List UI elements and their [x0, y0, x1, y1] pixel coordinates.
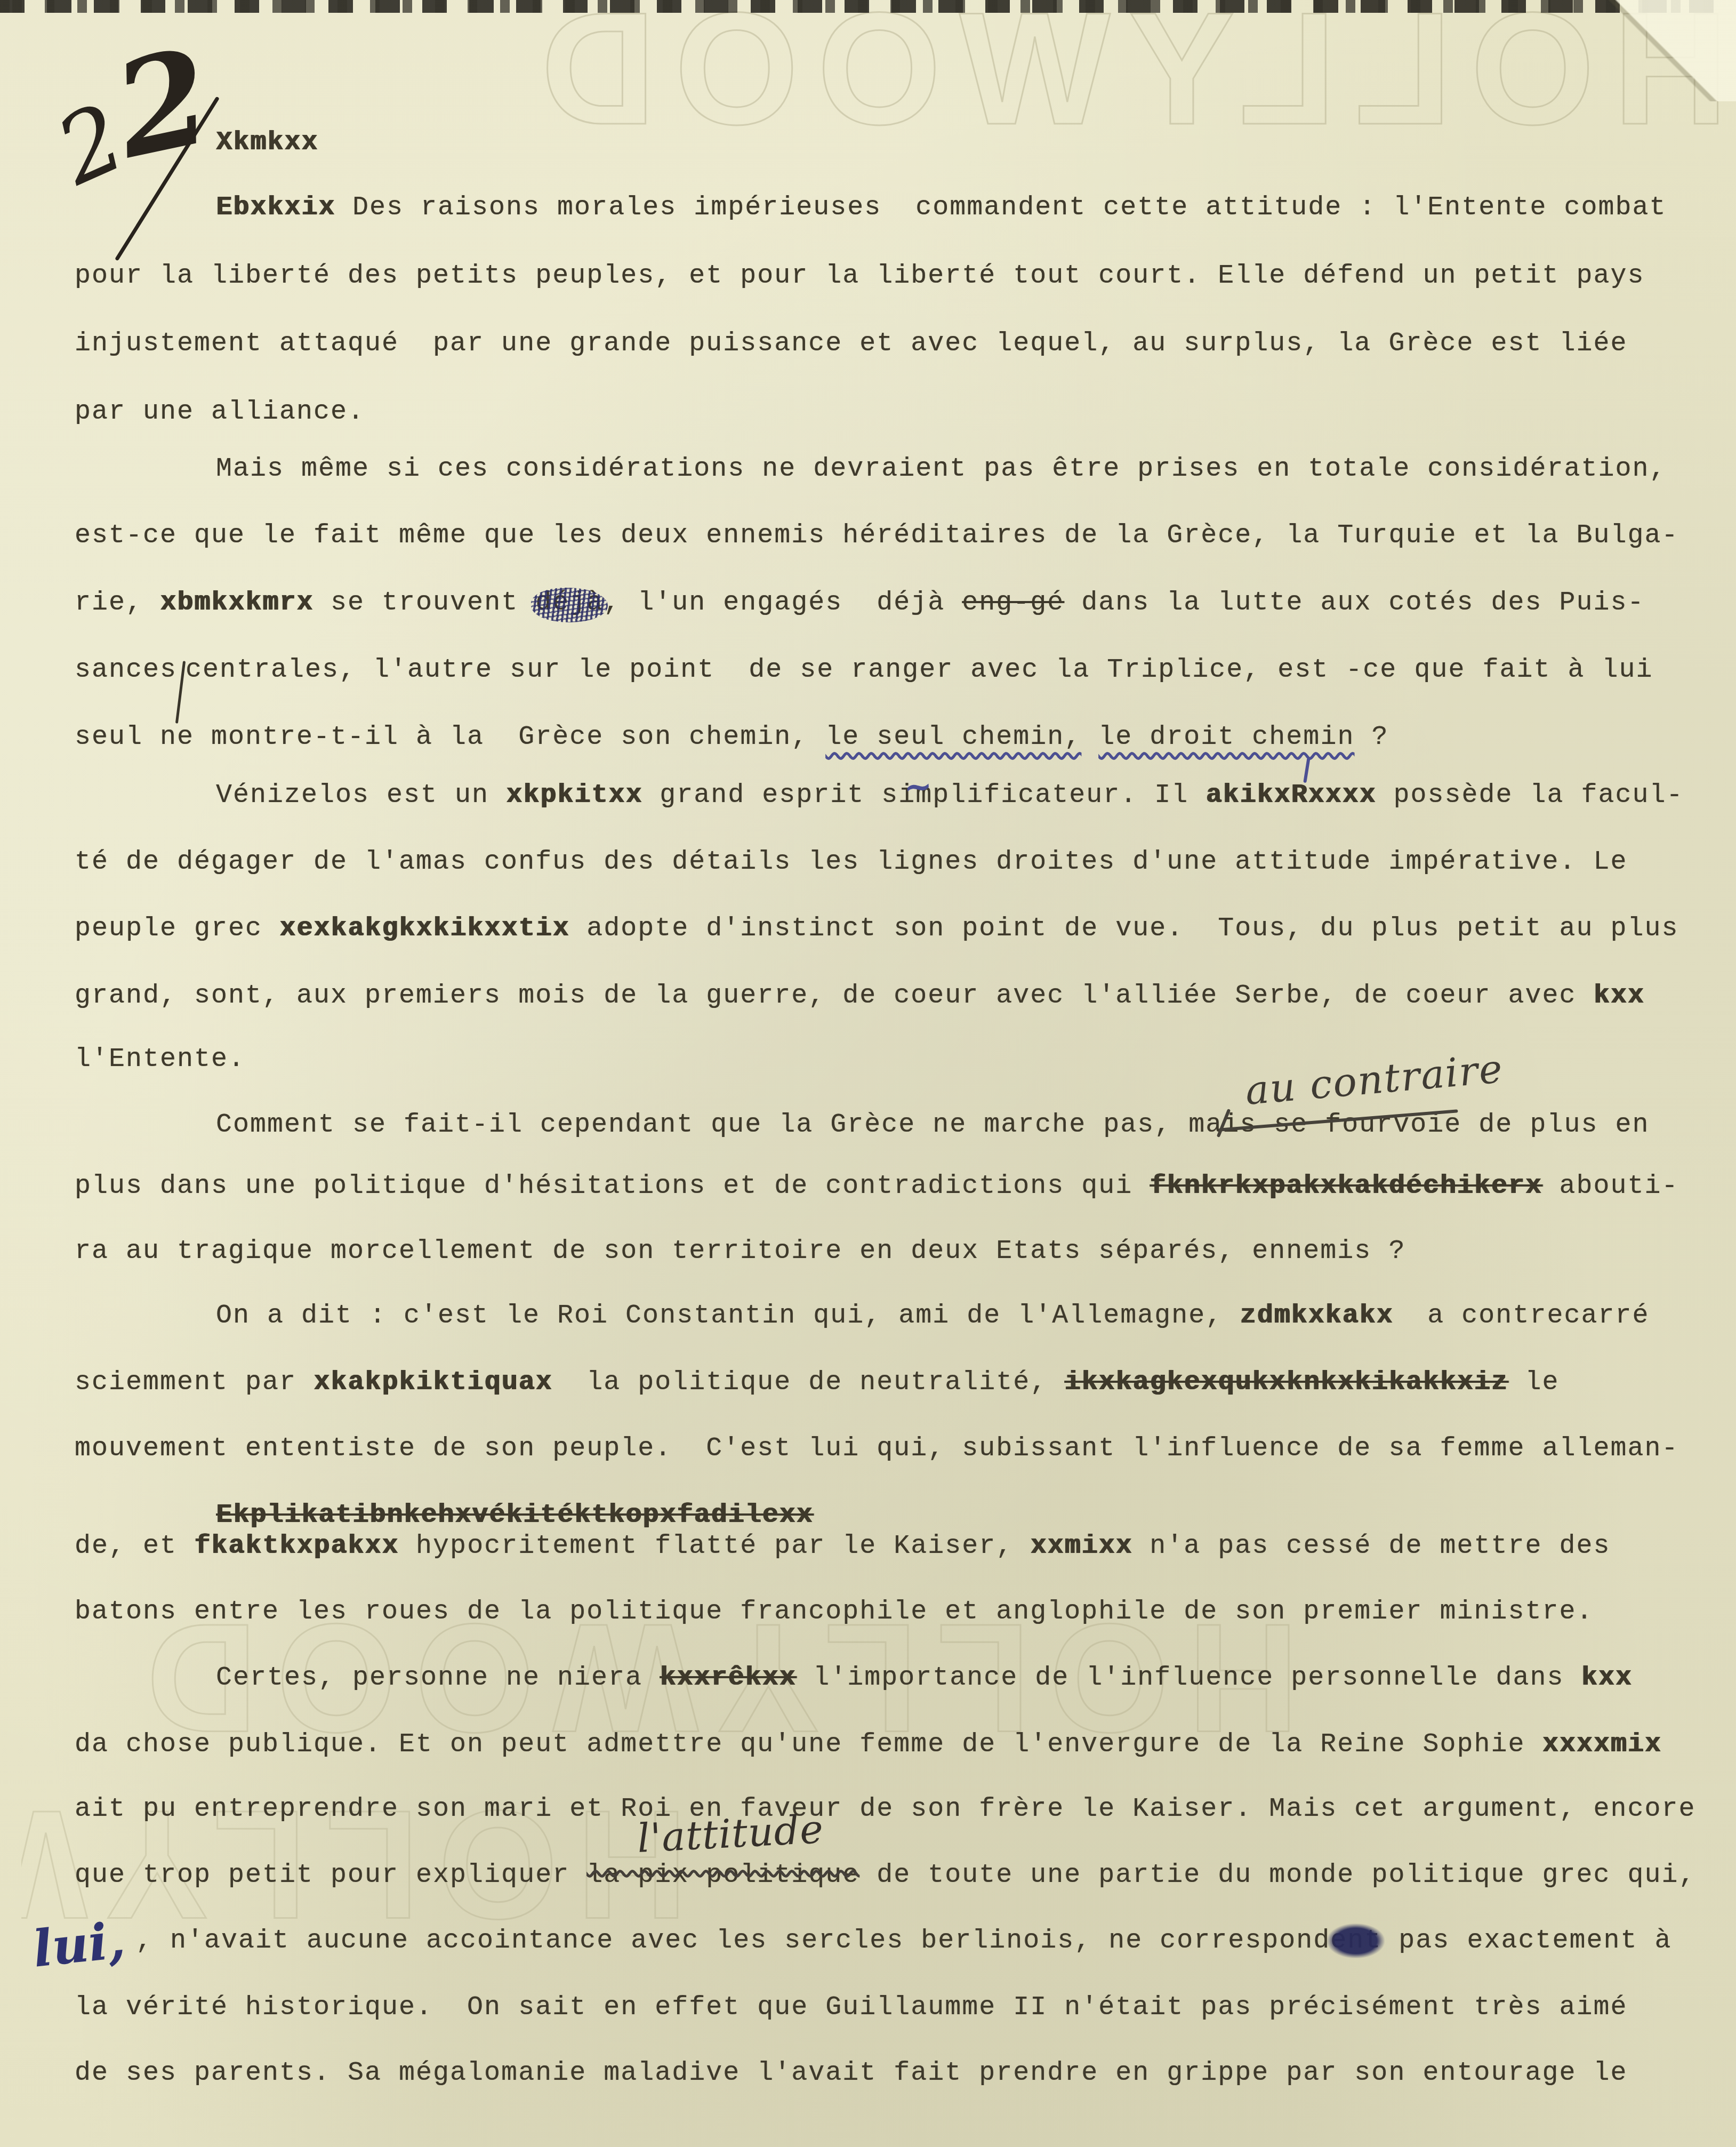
typed-text: centrales, l'autre sur le point de se ra…	[186, 655, 1653, 685]
typed-text: sances	[75, 655, 177, 685]
typed-text: de ses parents. Sa mégalomanie maladive …	[75, 2058, 1627, 2088]
typed-text: batons entre les roues de la politique f…	[75, 1597, 1593, 1627]
typed-text: peuple grec	[75, 914, 279, 944]
typed-line-9: sancescentrales, l'autre sur le point de…	[75, 657, 1653, 684]
typed-line-20: sciemment par xkakpkiktiquax la politiqu…	[75, 1369, 1559, 1396]
typed-text-ink: déjà	[535, 588, 604, 618]
typed-line-21: mouvement ententiste de son peuple. C'es…	[75, 1436, 1678, 1462]
typed-text: grand, sont, aux premiers mois de la gue…	[75, 981, 1593, 1011]
typed-line-19: On a dit : c'est le Roi Constantin qui, …	[216, 1303, 1649, 1329]
typed-text: seul ne montre-t-il à la Grèce son chemi…	[75, 722, 825, 752]
typed-line-30: la vérité historique. On sait en effet q…	[75, 1994, 1627, 2021]
handwritten-page-number: 2 2	[56, 21, 237, 203]
typed-text: la politique de neutralité,	[552, 1367, 1064, 1398]
typed-line-8: rie, xbmkxkmrx se trouvent déjà, l'un en…	[75, 590, 1645, 616]
typed-text: Des raisons morales impérieuses commande…	[335, 193, 1666, 223]
typed-text: pas exactement à	[1381, 1926, 1671, 1956]
typed-text: a contrecarré	[1393, 1301, 1649, 1331]
typed-text-x: zdmkxkakx	[1240, 1301, 1393, 1331]
typed-line-25: Certes, personne ne niera kxxrêkxx l'imp…	[216, 1665, 1632, 1692]
typed-line-28: que trop petit pour expliquer la pix pol…	[75, 1862, 1695, 1889]
typed-text-blob: ent	[1330, 1926, 1381, 1956]
typed-text: que trop petit pour expliquer	[75, 1860, 586, 1890]
typed-line-24: batons entre les roues de la politique f…	[75, 1599, 1593, 1625]
typed-text: pour la liberté des petits peuples, et p…	[75, 261, 1644, 291]
typed-text: té de dégager de l'amas confus des détai…	[75, 847, 1627, 877]
handwritten-insertion-au-contraire: au contraire	[1243, 1046, 1505, 1114]
typed-text: plus dans une politique d'hésitations et…	[75, 1171, 1150, 1201]
handwritten-replacement-l-attitude: l'attitude	[636, 1806, 825, 1862]
typed-text-wave: la pix politique	[586, 1860, 859, 1890]
typed-line-4: injustement attaqué par une grande puiss…	[75, 331, 1627, 357]
typed-line-12: té de dégager de l'amas confus des détai…	[75, 849, 1627, 876]
typed-line-27: ait pu entreprendre son mari et Roi en f…	[75, 1796, 1695, 1823]
handwritten-margin-word-lui: lui,	[30, 1911, 128, 1978]
watermark-hollywood-top: HOLLYWOOD	[523, 0, 1729, 161]
typed-text-x: xkakpkiktiquax	[314, 1367, 552, 1398]
typed-text-s: eng-gé	[962, 588, 1064, 618]
typed-text: la vérité historique. On sait en effet q…	[75, 1992, 1627, 2023]
typed-line-7: est-ce que le fait même que les deux enn…	[75, 523, 1678, 549]
typed-text-x: xxmixx	[1030, 1531, 1132, 1561]
typed-text-xs: Ekplikatibnkehxvékitéktkopxfadilexx	[216, 1500, 813, 1531]
typed-text-x: kxx	[1581, 1663, 1632, 1693]
typed-text: sciemment par	[75, 1367, 314, 1398]
typed-text: ait pu entreprendre son mari et Roi en f…	[75, 1794, 1695, 1824]
typed-text: Mais même si ces considérations ne devra…	[216, 454, 1666, 484]
typed-text: hypocritement flatté par le Kaiser,	[399, 1531, 1030, 1561]
typed-line-17: plus dans une politique d'hésitations et…	[75, 1173, 1678, 1200]
typed-text: da chose publique. Et on peut admettre q…	[75, 1729, 1542, 1760]
typed-line-18: ra au tragique morcellement de son terri…	[75, 1238, 1405, 1265]
scan-torn-edge	[0, 0, 1736, 13]
typed-text: le	[1508, 1367, 1559, 1398]
typed-line-22: Ekplikatibnkehxvékitéktkopxfadilexx	[216, 1502, 813, 1529]
typed-text: se trouvent	[314, 588, 535, 618]
typed-line-10: seul ne montre-t-il à la Grèce son chemi…	[75, 724, 1388, 751]
typed-text: l'Entente.	[75, 1044, 245, 1075]
typed-line-15: l'Entente.	[75, 1046, 245, 1073]
typed-text-x: xxxxmix	[1542, 1729, 1661, 1760]
typed-text: rie,	[75, 588, 160, 618]
typed-text: l'importance de l'influence personnelle …	[796, 1663, 1581, 1693]
typed-text: , l'un engagés déjà	[604, 588, 962, 618]
typed-text-x: xkpkitxx	[506, 780, 642, 811]
typed-line-31: de ses parents. Sa mégalomanie maladive …	[75, 2060, 1627, 2087]
typed-line-14: grand, sont, aux premiers mois de la gue…	[75, 983, 1644, 1010]
typed-text-xs: ikxkagkexqukxknkxkikakkxiz	[1064, 1367, 1508, 1398]
typed-text-blu: le seul chemin,	[825, 722, 1081, 752]
typed-text-xs: fknkrkxpakxkakdéchikerx	[1150, 1171, 1542, 1201]
typed-text	[1081, 722, 1098, 752]
typed-text: Certes, personne ne niera	[216, 1663, 660, 1693]
page-corner-fold	[1608, 0, 1736, 101]
typed-text: dans la lutte aux cotés des Puis-	[1064, 588, 1644, 618]
typed-text: abouti-	[1542, 1171, 1678, 1201]
typed-text: ra au tragique morcellement de son terri…	[75, 1236, 1405, 1267]
manuscript-page: HOLLYWOOD HOLLYWOOD HOLLYWOOD XkmkxxEbxk…	[0, 0, 1736, 2147]
typed-text: n'a pas cessé de mettre des	[1132, 1531, 1610, 1561]
typed-text-blu: le droit chemin	[1098, 722, 1354, 752]
typed-line-26: da chose publique. Et on peut admettre q…	[75, 1732, 1661, 1758]
typed-text: possède la facul-	[1376, 780, 1683, 811]
typed-line-29: , n'avait aucune accointance avec les se…	[136, 1928, 1671, 1954]
typed-text: On a dit : c'est le Roi Constantin qui, …	[216, 1301, 1240, 1331]
typed-text: ?	[1354, 722, 1388, 752]
typed-text: de, et	[75, 1531, 194, 1561]
typed-text: mouvement ententiste de son peuple. C'es…	[75, 1433, 1678, 1464]
typed-text: Vénizelos est un	[216, 780, 506, 811]
typed-text-x: xexkakgkxkikxxtix	[279, 914, 569, 944]
typed-line-16: Comment se fait-il cependant que la Grèc…	[216, 1112, 1649, 1139]
typed-line-6: Mais même si ces considérations ne devra…	[216, 456, 1666, 483]
typed-text-x: akikxRxxxx	[1205, 780, 1376, 811]
typed-text-x: fkaktkxpakxx	[194, 1531, 399, 1561]
blue-tilde-mark: ~	[902, 766, 934, 808]
typed-text-x: xbmkxkmrx	[160, 588, 314, 618]
typed-text-xs: kxxrêkxx	[660, 1663, 796, 1693]
typed-line-2: Ebxkxix Des raisons morales impérieuses …	[216, 195, 1666, 221]
typed-line-23: de, et fkaktkxpakxx hypocritement flatté…	[75, 1533, 1610, 1560]
typed-text-x: kxx	[1593, 981, 1644, 1011]
typed-text: par une alliance.	[75, 397, 365, 427]
typed-text: , n'avait aucune accointance avec les se…	[136, 1926, 1330, 1956]
typed-text: injustement attaqué par une grande puiss…	[75, 329, 1627, 359]
blue-tick-stroke	[1303, 757, 1310, 783]
typed-line-3: pour la liberté des petits peuples, et p…	[75, 263, 1644, 290]
typed-line-11: Vénizelos est un xkpkitxx grand esprit s…	[216, 782, 1683, 809]
typed-line-13: peuple grec xexkakgkxkikxxtix adopte d'i…	[75, 916, 1678, 942]
typed-text: de toute une partie du monde politique g…	[859, 1860, 1695, 1890]
typed-text: est-ce que le fait même que les deux enn…	[75, 520, 1678, 551]
typed-text: adopte d'instinct son point de vue. Tous…	[569, 914, 1678, 944]
typed-line-5: par une alliance.	[75, 399, 365, 426]
